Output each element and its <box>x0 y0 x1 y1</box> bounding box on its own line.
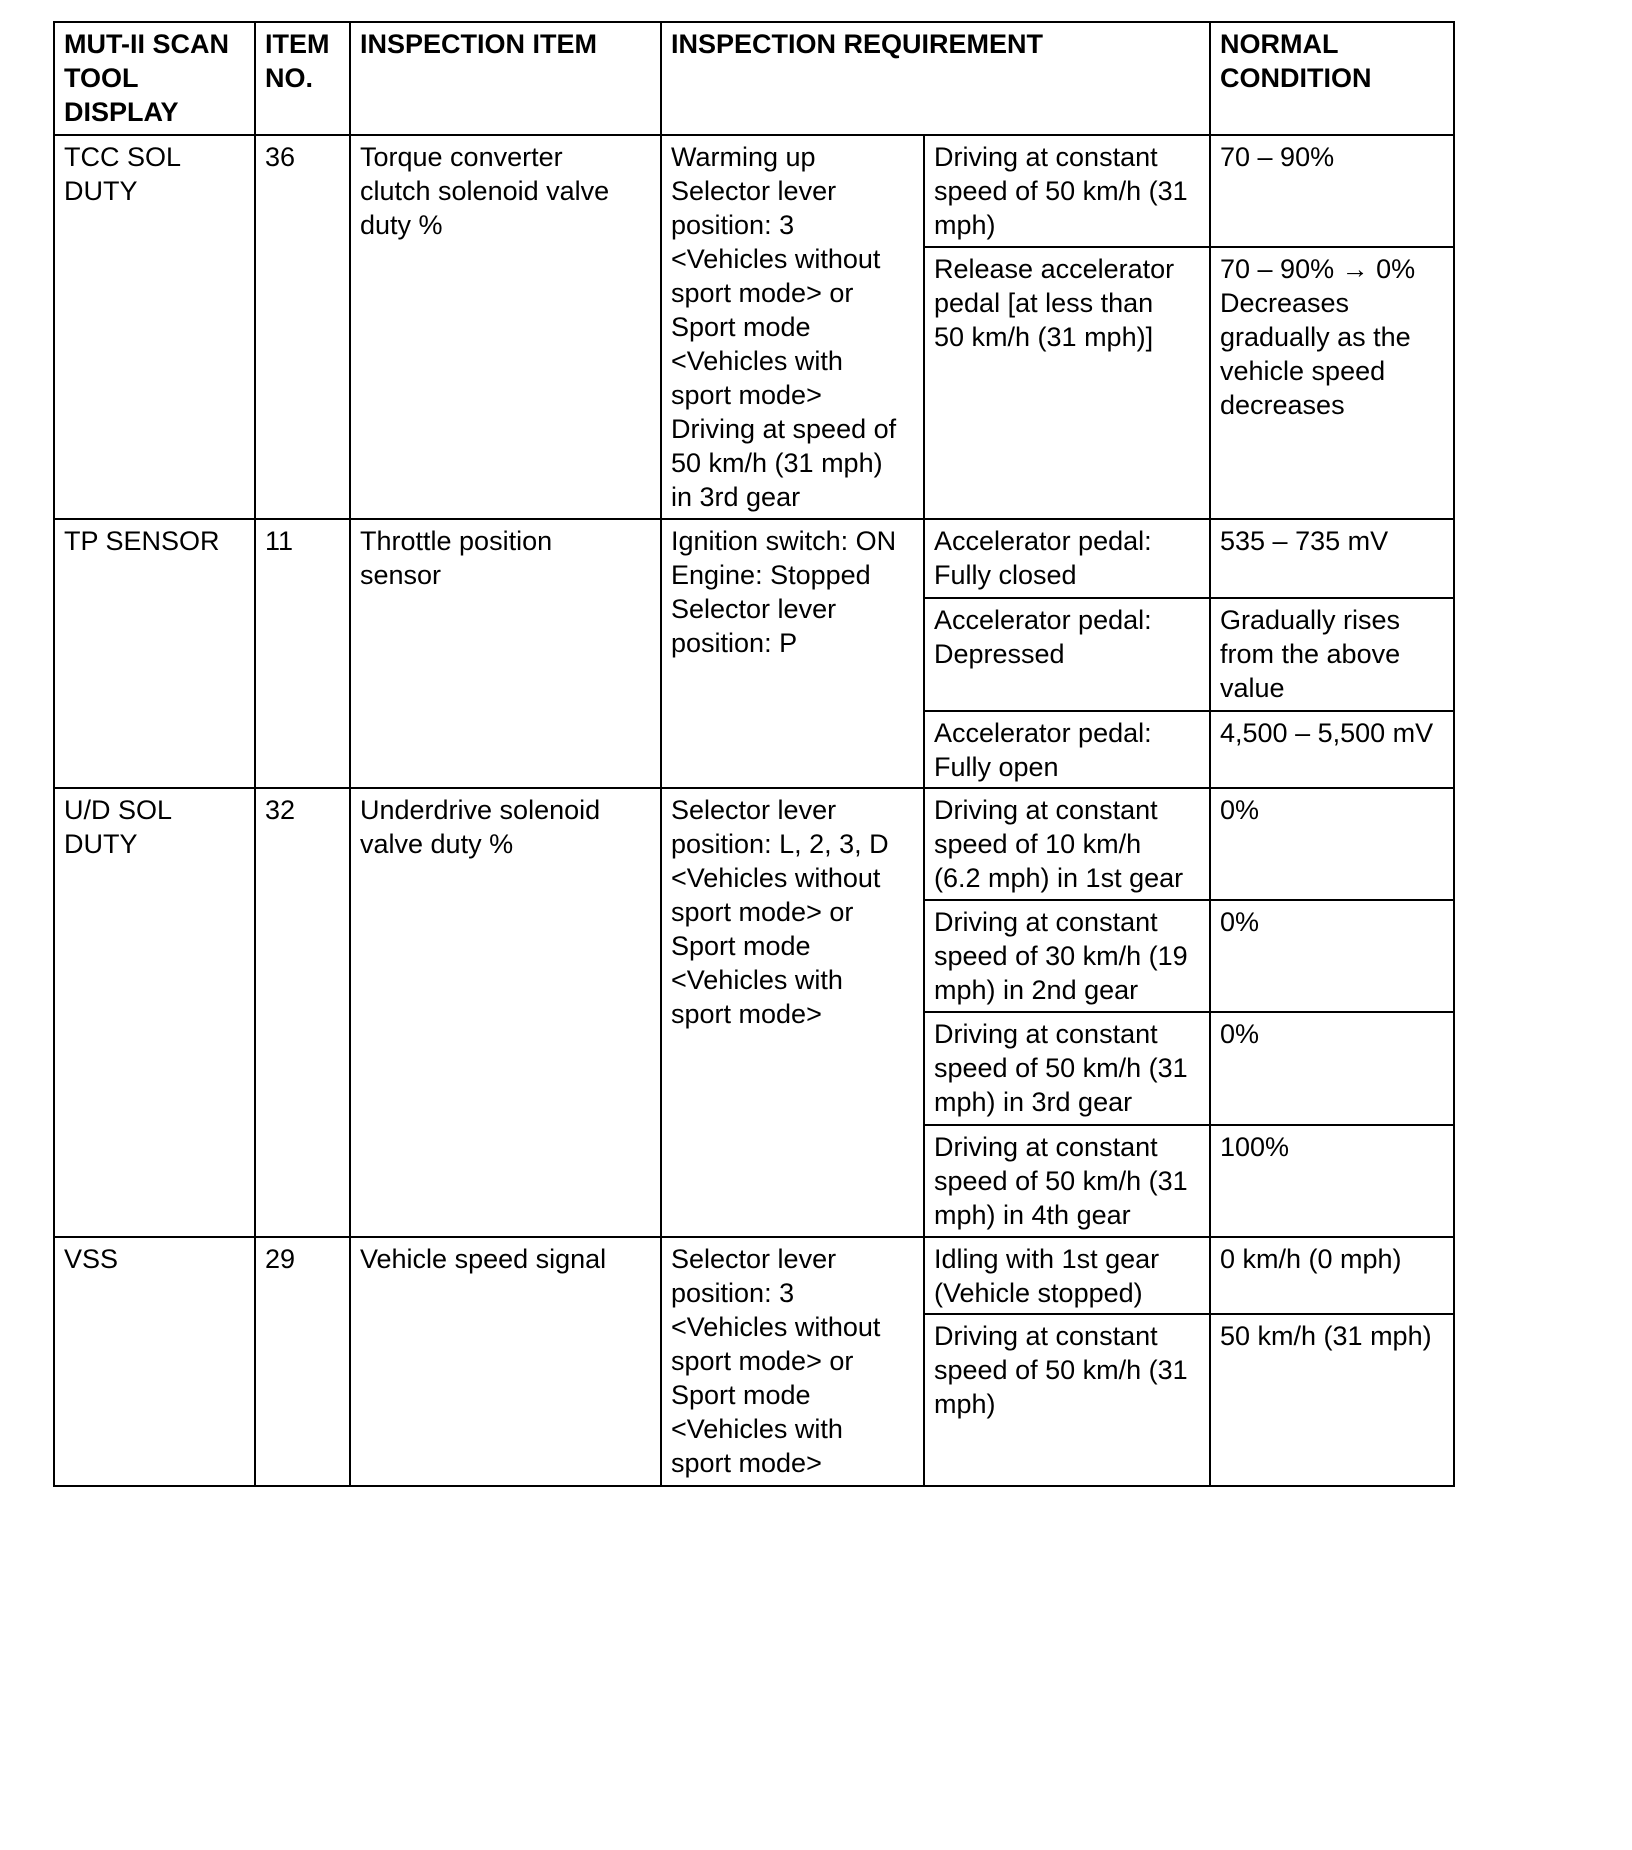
row-inspection-item: Torque converter clutch solenoid valve d… <box>349 134 662 520</box>
condition-normal: 0% <box>1209 787 1455 901</box>
row-item-no: 11 <box>254 518 351 789</box>
row-item-no: 29 <box>254 1236 351 1487</box>
row-inspection-item: Underdrive solenoid valve duty % <box>349 787 662 1238</box>
condition-requirement: Release accelerator pedal [at less than … <box>923 246 1211 520</box>
condition-requirement: Driving at constant speed of 10 km/h (6.… <box>923 787 1211 901</box>
condition-normal: 0% <box>1209 1011 1455 1126</box>
condition-normal: 0 km/h (0 mph) <box>1209 1236 1455 1315</box>
row-item-no: 32 <box>254 787 351 1238</box>
row-display: TCC SOL DUTY <box>53 134 256 520</box>
header-display: MUT-II SCAN TOOL DISPLAY <box>53 21 256 136</box>
row-display: U/D SOL DUTY <box>53 787 256 1238</box>
row-requirement-common: Selector lever position: 3 <Vehicles wit… <box>660 1236 925 1487</box>
condition-normal: 0% <box>1209 899 1455 1013</box>
condition-normal: 100% <box>1209 1124 1455 1238</box>
condition-requirement: Driving at constant speed of 50 km/h (31… <box>923 1124 1211 1238</box>
header-item-no: ITEM NO. <box>254 21 351 136</box>
row-requirement-common: Selector lever position: L, 2, 3, D <Veh… <box>660 787 925 1238</box>
inspection-table: MUT-II SCAN TOOL DISPLAY ITEM NO. INSPEC… <box>0 0 1632 1850</box>
condition-requirement: Accelerator pedal: Fully open <box>923 710 1211 789</box>
condition-requirement: Driving at constant speed of 50 km/h (31… <box>923 1011 1211 1126</box>
condition-requirement: Accelerator pedal: Fully closed <box>923 518 1211 599</box>
condition-requirement: Accelerator pedal: Depressed <box>923 597 1211 712</box>
row-display: VSS <box>53 1236 256 1487</box>
row-inspection-item: Vehicle speed signal <box>349 1236 662 1487</box>
condition-normal: 50 km/h (31 mph) <box>1209 1313 1455 1487</box>
header-inspection-requirement: INSPECTION REQUIREMENT <box>660 21 1211 136</box>
condition-normal: 70 – 90% → 0% Decreases gradually as the… <box>1209 246 1455 520</box>
row-item-no: 36 <box>254 134 351 520</box>
condition-normal: Gradually rises from the above value <box>1209 597 1455 712</box>
row-display: TP SENSOR <box>53 518 256 789</box>
condition-requirement: Driving at constant speed of 50 km/h (31… <box>923 1313 1211 1487</box>
row-requirement-common: Ignition switch: ON Engine: Stopped Sele… <box>660 518 925 789</box>
header-inspection-item: INSPECTION ITEM <box>349 21 662 136</box>
condition-normal: 535 – 735 mV <box>1209 518 1455 599</box>
header-normal-condition: NORMAL CONDITION <box>1209 21 1455 136</box>
condition-normal: 70 – 90% <box>1209 134 1455 248</box>
condition-requirement: Driving at constant speed of 50 km/h (31… <box>923 134 1211 248</box>
row-inspection-item: Throttle position sensor <box>349 518 662 789</box>
condition-requirement: Driving at constant speed of 30 km/h (19… <box>923 899 1211 1013</box>
condition-requirement: Idling with 1st gear (Vehicle stopped) <box>923 1236 1211 1315</box>
row-requirement-common: Warming up Selector lever position: 3 <V… <box>660 134 925 520</box>
condition-normal: 4,500 – 5,500 mV <box>1209 710 1455 789</box>
